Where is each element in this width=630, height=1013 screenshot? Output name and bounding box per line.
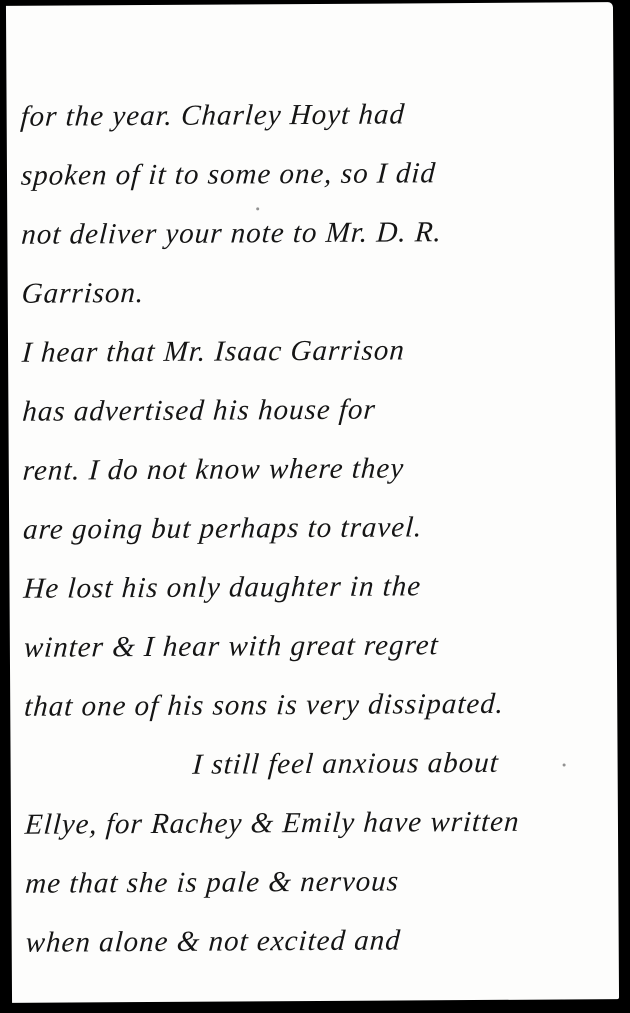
letter-line: Garrison. [20,261,607,324]
scan-speck [243,464,246,467]
letter-page: for the year. Charley Hoyt had spoken of… [6,2,619,1003]
letter-body: for the year. Charley Hoyt had spoken of… [6,2,619,973]
letter-line: winter & I hear with great regret [22,615,609,678]
scan-speck [563,763,566,766]
letter-line: not deliver your note to Mr. D. R. [19,202,606,265]
scan-background: for the year. Charley Hoyt had spoken of… [0,0,630,1013]
letter-line: are going but perhaps to travel. [21,497,608,560]
letter-line: has advertised his house for [21,379,608,442]
letter-line: He lost his only daughter in the [22,556,609,619]
letter-line: me that she is pale & nervous [23,851,610,914]
letter-line: rent. I do not know where they [21,438,608,501]
letter-line: that one of his sons is very dissipated. [22,674,609,737]
letter-line: spoken of it to some one, so I did [19,143,606,206]
letter-line: I still feel anxious about [23,733,610,796]
scan-speck [256,207,259,210]
letter-line: for the year. Charley Hoyt had [19,84,606,147]
letter-line: when alone & not excited and [24,910,611,973]
letter-line: I hear that Mr. Isaac Garrison [20,320,607,383]
letter-line: Ellye, for Rachey & Emily have written [23,792,610,855]
